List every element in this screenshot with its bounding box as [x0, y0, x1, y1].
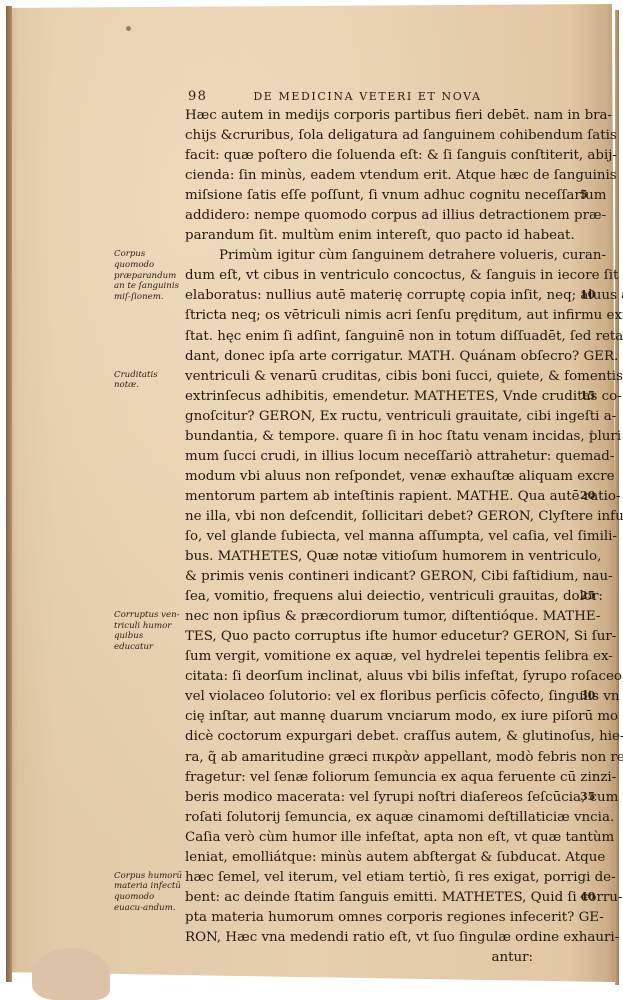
text-line: Caſia verò cùm humor ille infeſtat, apta…: [185, 828, 533, 848]
text-line: ſum vergit, vomitione ex aquæ, vel hydre…: [185, 647, 533, 667]
text-line: elaboratus: nullius autē materię corrupt…: [185, 286, 533, 306]
page-left-edge: [6, 6, 12, 982]
text-line: mum ſucci crudi, in illius locum neceſſa…: [185, 447, 533, 467]
text-line: leniat, emolliátque: minùs autem abſterg…: [185, 848, 533, 868]
text-line: Primùm igitur cùm ſanguinem detrahere vo…: [185, 246, 533, 266]
text-line: bus. MATHETES, Quæ notæ vitioſum humorem…: [185, 547, 533, 567]
line-number: 25: [580, 589, 595, 602]
text-line: modum vbi aluus non reſpondet, venæ exha…: [185, 467, 533, 487]
line-number: 40: [580, 890, 595, 903]
text-line: extrinſecus adhibitis, emendetur. MATHET…: [185, 387, 533, 407]
marginal-note: Corruptus ven-triculi humor quibus educa…: [114, 610, 184, 652]
body-text: Hæc autem in medijs corporis partibus fi…: [185, 106, 533, 968]
text-line: cienda: ſin minùs, eadem vtendum erit. A…: [185, 166, 533, 186]
text-line: gnoſcitur? GERON, Ex ructu, ventriculi g…: [185, 407, 533, 427]
marginal-note: Corpus humorū materia infectū quomodo eu…: [114, 871, 184, 913]
marginal-note: Cruditatis notæ.: [114, 370, 184, 391]
text-line: bent: ac deinde ſtatim ſanguis emitti. M…: [185, 888, 533, 908]
line-number: 35: [580, 790, 595, 803]
line-number: 15: [580, 389, 595, 402]
text-line: Hæc autem in medijs corporis partibus fi…: [185, 106, 533, 126]
text-line: TES, Quo pacto corruptus iſte humor educ…: [185, 627, 533, 647]
text-line: pta materia humorum omnes corporis regio…: [185, 908, 533, 928]
text-line: ſo, vel glande ſubiecta, vel manna aſſum…: [185, 527, 533, 547]
text-line: antur:: [185, 948, 533, 968]
text-line: ventriculi & venarū cruditas, cibis boni…: [185, 367, 533, 387]
text-line: RON, Hæc vna medendi ratio eſt, vt ſuo ſ…: [185, 928, 533, 948]
text-line: facit: quæ poſtero die ſoluenda eſt: & ſ…: [185, 146, 533, 166]
line-number: 30: [580, 689, 595, 702]
text-line: cię inſtar, aut mannę duarum vnciarum mo…: [185, 707, 533, 727]
line-number: 20: [580, 489, 595, 502]
text-line: beris modico macerata: vel ſyrupi noſtri…: [185, 788, 533, 808]
line-number: 10: [580, 288, 595, 301]
page-number: 98: [188, 89, 248, 104]
text-line: ſea, vomitio, frequens alui deiectio, ve…: [185, 587, 533, 607]
running-title: DE MEDICINA VETERI ET NOVA: [253, 90, 481, 103]
text-line: hæc ſemel, vel iterum, vel etiam tertiò,…: [185, 868, 533, 888]
marginal-note: Corpus quomodo præparandum an te ſanguin…: [114, 249, 184, 302]
text-line: miſsione ſatis eſſe poſſunt, ſi vnum adh…: [185, 186, 533, 206]
text-line: bundantia, & tempore. quare ſi in hoc ſt…: [185, 427, 533, 447]
text-line: vel violaceo ſolutorio: vel ex floribus …: [185, 687, 533, 707]
text-line: citata: ſi deorſum inclinat, aluus vbi b…: [185, 667, 533, 687]
text-line: addidero: nempe quomodo corpus ad illius…: [185, 206, 533, 226]
running-head: 98 DE MEDICINA VETERI ET NOVA: [188, 88, 528, 104]
text-line: ſtricta neq; os vētriculi nimis acri ſen…: [185, 306, 533, 326]
line-number: 5: [580, 188, 588, 201]
text-line: dant, donec ipſa arte corrigatur. MATH. …: [185, 347, 533, 367]
text-line: mentorum partem ab inteſtinis rapient. M…: [185, 487, 533, 507]
text-line: ſtat. hęc enim ſi adſint, ſanguinē non i…: [185, 327, 533, 347]
text-line: nec non ipſius & præcordiorum tumor, diſ…: [185, 607, 533, 627]
text-line: dum eſt, vt cibus in ventriculo concoctu…: [185, 266, 533, 286]
text-line: dicè coctorum expurgari debet. craſſus a…: [185, 727, 533, 747]
text-line: & primis venis contineri indicant? GERON…: [185, 567, 533, 587]
text-line: ne illa, vbi non deſcendit, ſollicitari …: [185, 507, 533, 527]
text-line: chijs &cruribus, ſola deligatura ad ſang…: [185, 126, 533, 146]
text-line: fragetur: vel ſenæ foliorum ſemuncia ex …: [185, 768, 533, 788]
text-line: ra, q̃ ab amaritudine græci πικρὰν appel…: [185, 748, 533, 768]
text-line: roſati ſolutorij ſemuncia, ex aquæ cinam…: [185, 808, 533, 828]
paper-stain: [32, 948, 110, 1000]
text-line: parandum ſit. multùm enim intereſt, quo …: [185, 226, 533, 246]
ink-spot: [126, 26, 131, 31]
